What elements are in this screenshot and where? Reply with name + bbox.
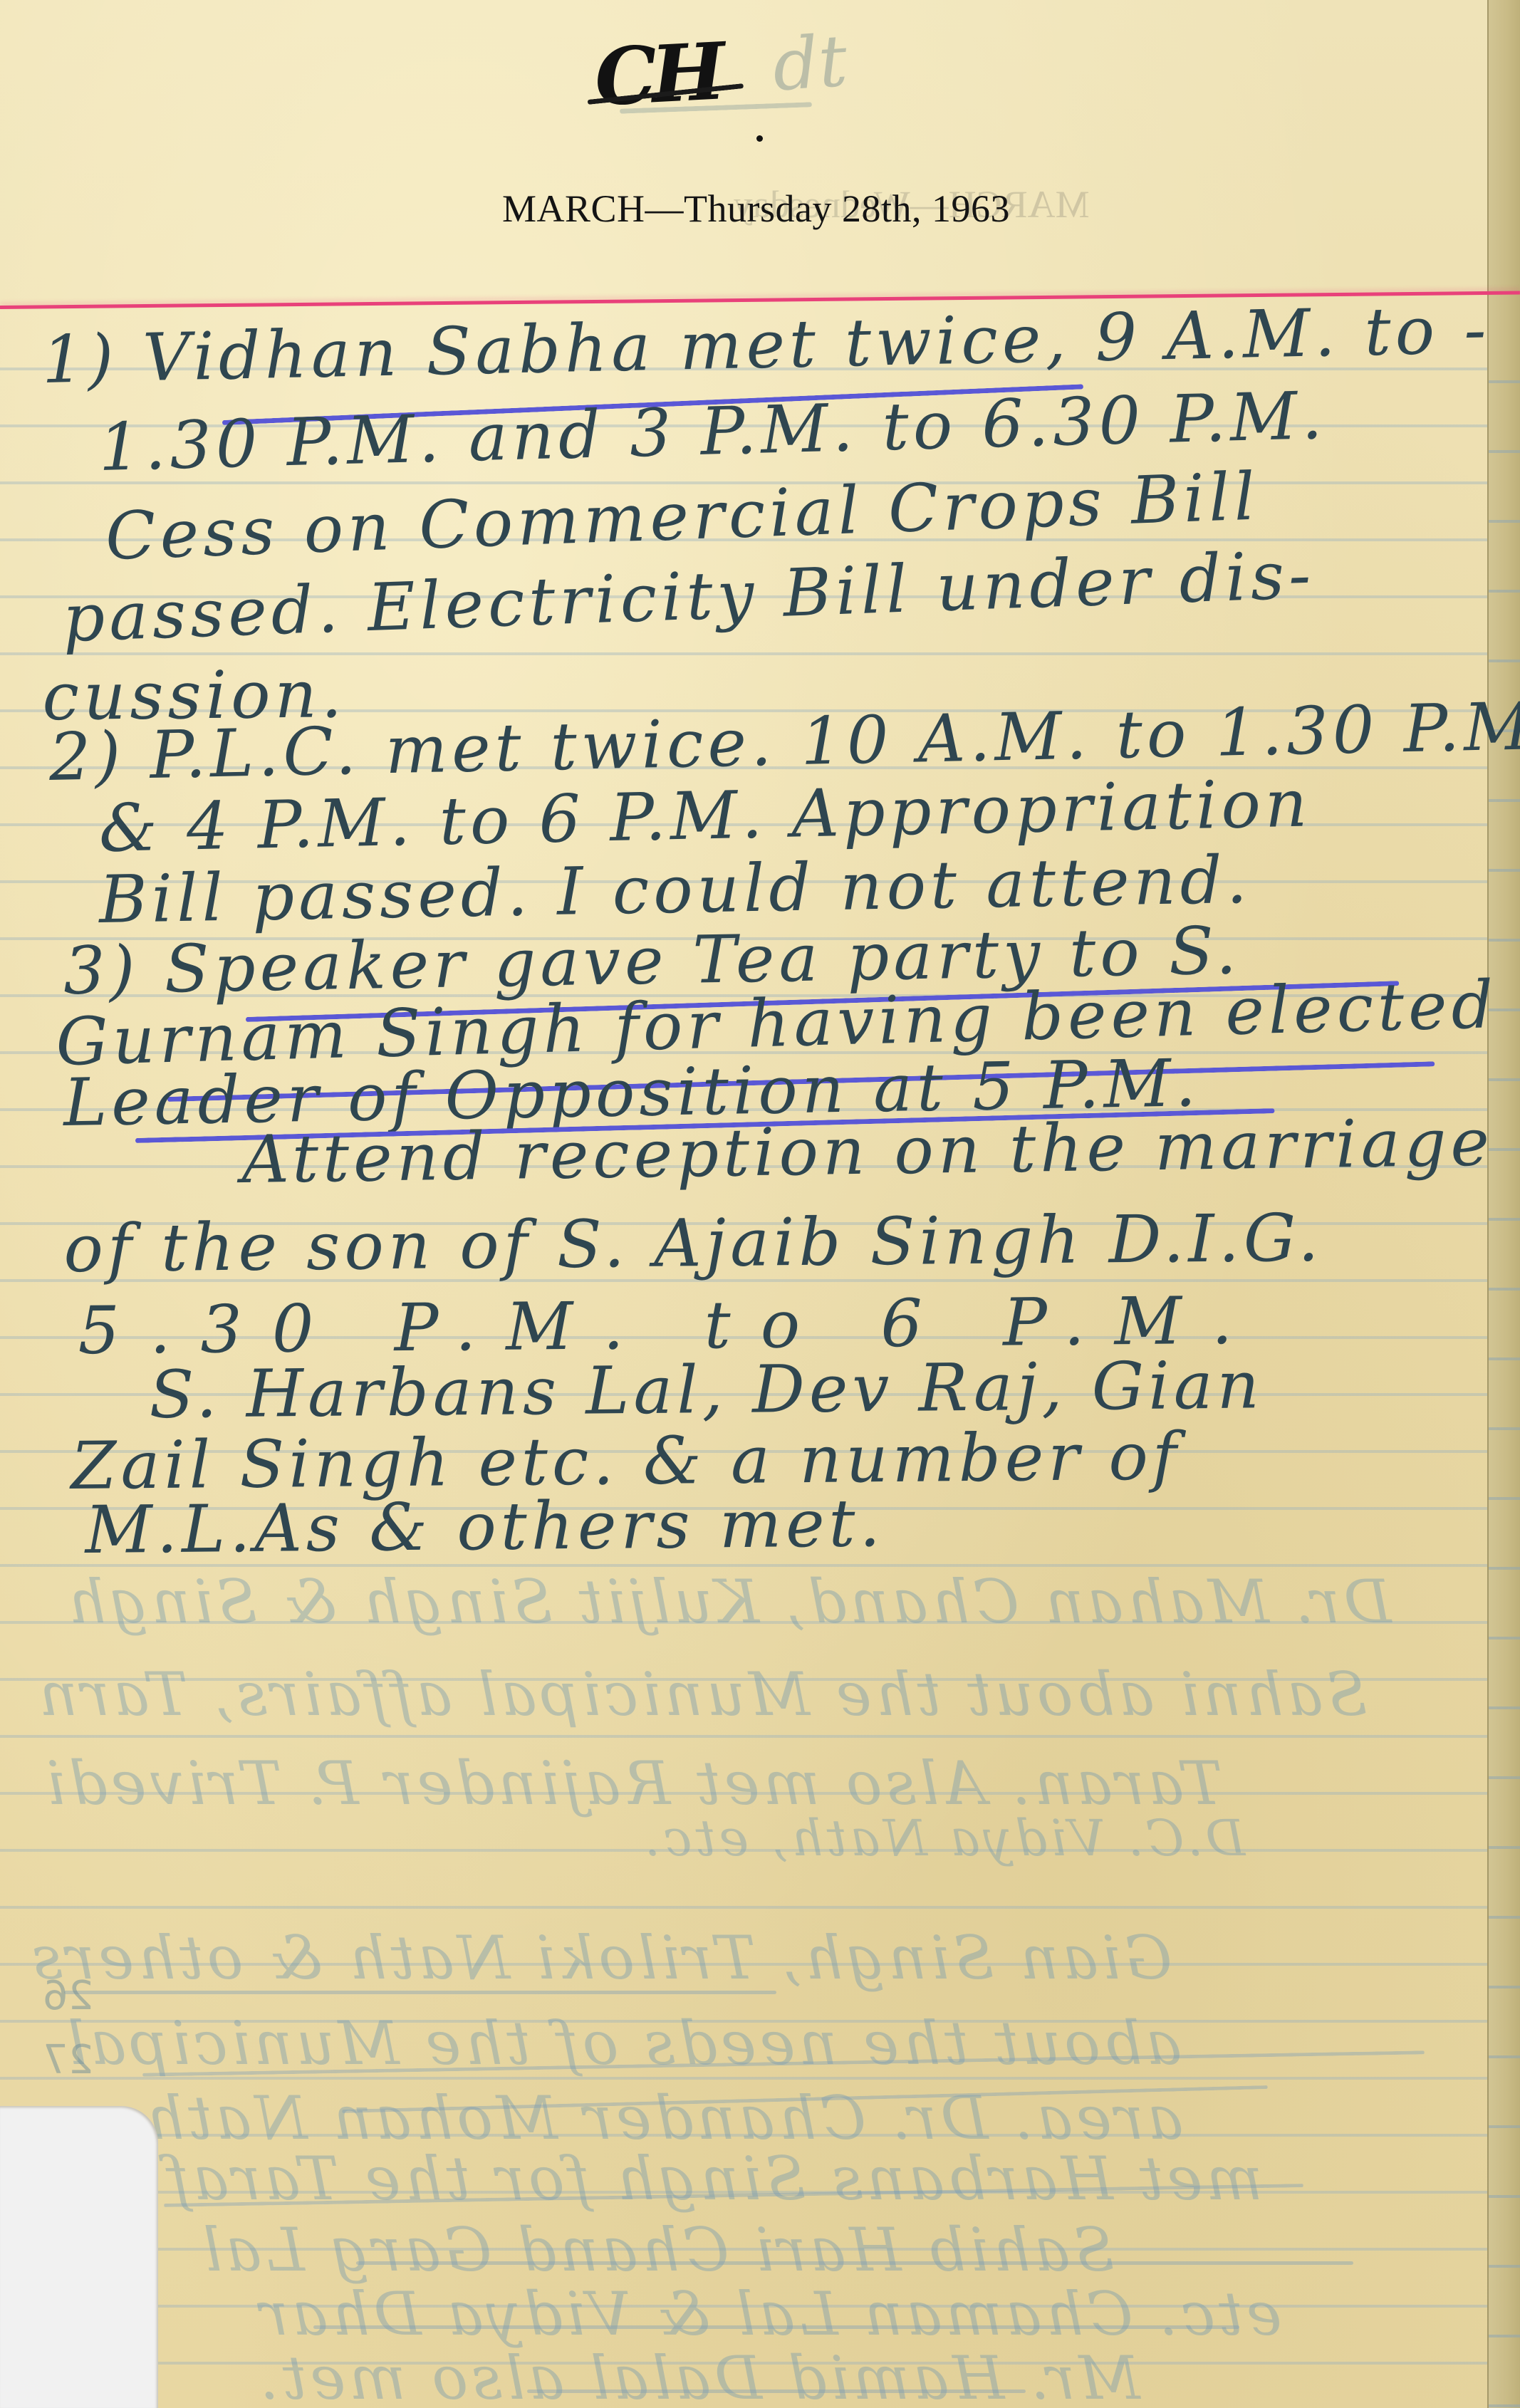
entry-line: of the son of S. Ajaib Singh D.I.G. (63, 1200, 1323, 1287)
entry-line: M.L.As & others met. (85, 1485, 885, 1568)
handwritten-entries: 1) Vidhan Sabha met twice, 9 A.M. to - 1… (0, 0, 1520, 2408)
diary-page: Dr. Mahan Chand, Kuljit Singh & Singh Sa… (0, 0, 1520, 2408)
torn-corner-patch (0, 2106, 158, 2408)
